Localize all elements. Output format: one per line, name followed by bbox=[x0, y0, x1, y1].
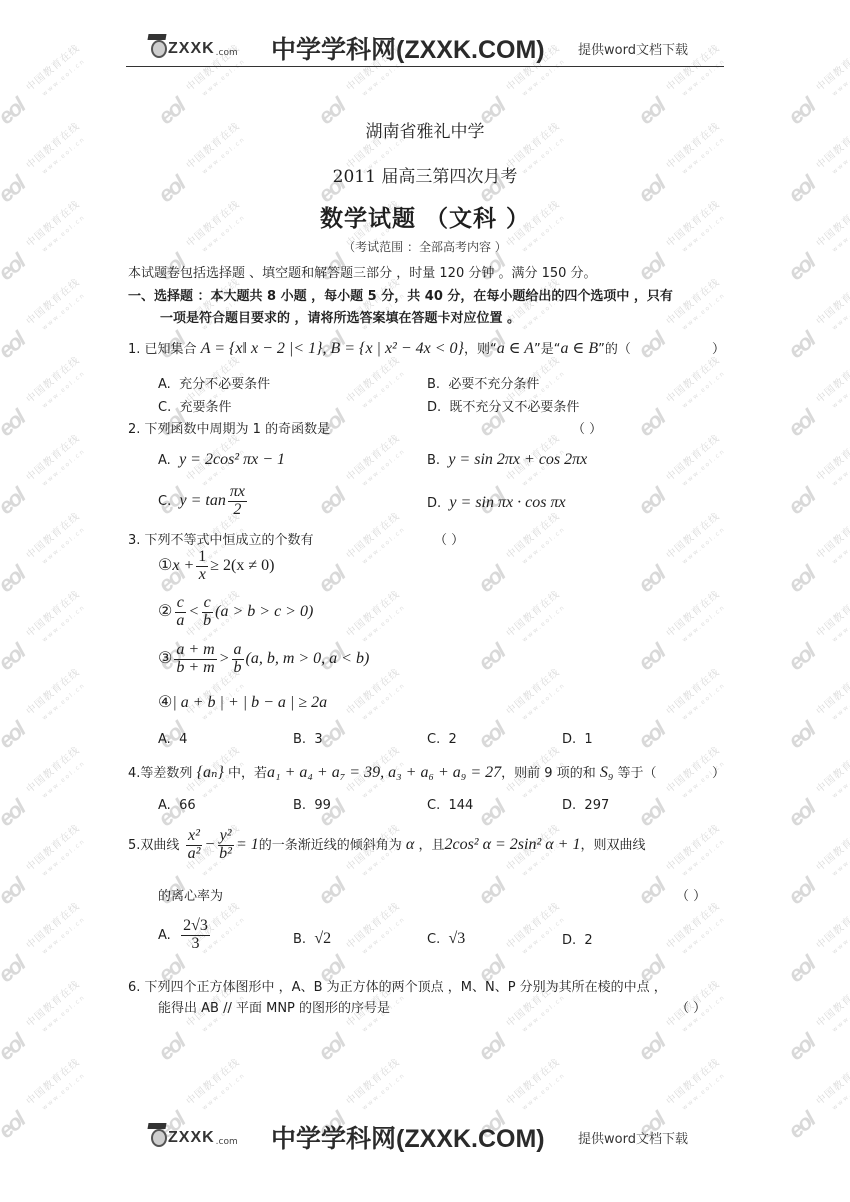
option-text: 必要不充分条件 bbox=[448, 377, 539, 392]
question-stem: 双曲线 bbox=[140, 838, 179, 853]
eol-watermark: eol中国教育在线www.eol.cn bbox=[291, 865, 421, 988]
condition-a: a ∈ A bbox=[497, 340, 534, 357]
stem-text: 等于（ bbox=[618, 766, 657, 781]
question-stem: 下列不等式中恒成立的个数有 bbox=[145, 533, 314, 548]
set-definition: A = {x‖ x − 2 |< 1}, B = {x | x² − 4x < … bbox=[201, 340, 464, 357]
graduation-cap-icon bbox=[146, 34, 168, 58]
option-b: B. 99 bbox=[293, 798, 331, 813]
site-subtitle: 提供word文档下载 bbox=[578, 1128, 688, 1147]
option-text: 充要条件 bbox=[179, 400, 231, 415]
condition: a₁ + a₄ + a₇ = 39, a₃ + a₆ + a₉ = 27 bbox=[267, 764, 501, 781]
eol-watermark: eol中国教育在线www.eol.cn bbox=[611, 553, 741, 676]
option-c: C. 144 bbox=[427, 798, 473, 813]
exam-scope: （考试范围 ：全部高考内容 ） bbox=[0, 238, 850, 255]
question-4: 4.等差数列 {aₙ} 中，若a₁ + a₄ + a₇ = 39, a₃ + a… bbox=[128, 762, 657, 782]
sum-symbol: S₉ bbox=[600, 764, 614, 781]
eol-watermark: eol中国教育在线www.eol.cn bbox=[761, 943, 850, 1066]
eol-watermark: eol中国教育在线www.eol.cn bbox=[131, 85, 261, 208]
question-2: 2. 下列函数中周期为 1 的奇函数是 bbox=[128, 418, 330, 437]
answer-paren: （ ） bbox=[676, 997, 706, 1016]
stem-text: ，且 bbox=[418, 838, 444, 853]
fraction: ca bbox=[174, 595, 186, 630]
site-subtitle: 提供word文档下载 bbox=[578, 39, 688, 58]
expr: | a + b | + | b − a | ≥ 2a bbox=[172, 694, 327, 711]
eol-watermark: eol中国教育在线www.eol.cn bbox=[451, 865, 581, 988]
section1-heading: 一、选择题 ：本大题共 8 小题 ，每小题 5 分，共 40 分，在每小题给出的… bbox=[128, 285, 673, 304]
eol-watermark: eol中国教育在线www.eol.cn bbox=[0, 865, 102, 988]
option-label: B. bbox=[293, 798, 306, 813]
question-6: 6. 下列四个正方体图形中 ，A、B 为正方体的两个顶点 ，M、N、P 分别为其… bbox=[128, 976, 667, 995]
eol-watermark: eol中国教育在线www.eol.cn bbox=[761, 1021, 850, 1144]
header-divider bbox=[126, 66, 724, 67]
option-c: C. y = tanπx2 bbox=[158, 484, 249, 519]
option-text: 297 bbox=[584, 798, 609, 813]
fraction: a + mb + m bbox=[174, 642, 216, 677]
option-formula: y = 2cos² πx − 1 bbox=[179, 451, 285, 468]
option-label: D. bbox=[562, 933, 576, 948]
numerator: y² bbox=[218, 828, 234, 846]
eol-watermark: eol中国教育在线www.eol.cn bbox=[451, 85, 581, 208]
option-d: D. 既不充分又不必要条件 bbox=[427, 396, 579, 415]
site-title: 中学学科网(ZXXK.COM) bbox=[271, 1119, 545, 1155]
denominator: a bbox=[174, 613, 186, 630]
option-a: A. 4 bbox=[158, 732, 187, 747]
stem-text: ”是“ bbox=[534, 342, 560, 357]
fraction: ab bbox=[232, 642, 244, 677]
option-label: A. bbox=[158, 798, 171, 813]
question-number: 1. bbox=[128, 342, 140, 357]
numerator: a + m bbox=[174, 642, 216, 660]
option-b: B. y = sin 2πx + cos 2πx bbox=[427, 451, 587, 469]
eol-watermark: eol中国教育在线www.eol.cn bbox=[611, 85, 741, 208]
option-a: A. 充分不必要条件 bbox=[158, 373, 270, 392]
option-a: A. 2√33 bbox=[158, 918, 212, 953]
answer-paren: （ ） bbox=[434, 529, 464, 548]
question-stem: 下列四个正方体图形中 ，A、B 为正方体的两个顶点 ，M、N、P 分别为其所在棱… bbox=[145, 980, 667, 995]
numerator: πx bbox=[228, 484, 247, 502]
stem-text: ，则前 9 项的和 bbox=[501, 766, 596, 781]
eol-watermark: eol中国教育在线www.eol.cn bbox=[0, 631, 102, 754]
eol-watermark: eol中国教育在线www.eol.cn bbox=[0, 475, 102, 598]
answer-paren-close: ） bbox=[712, 338, 725, 357]
subject-title: 数学试题 （文科 ） bbox=[0, 200, 850, 233]
option-label: C. bbox=[427, 732, 440, 747]
fraction: cb bbox=[201, 595, 213, 630]
exam-intro: 本试题卷包括选择题 、填空题和解答题三部分 ，时量 120 分钟 。满分 150… bbox=[128, 262, 597, 281]
question-number: 4. bbox=[128, 766, 140, 781]
option-label: C. bbox=[158, 400, 171, 415]
footer-banner: ZXXK .com 中学学科网(ZXXK.COM) 提供word文档下载 bbox=[126, 1117, 724, 1157]
inequality-2: ②ca<cb(a > b > c > 0) bbox=[158, 595, 313, 630]
option-label: A. bbox=[158, 453, 171, 468]
expr: x + bbox=[172, 557, 194, 574]
question-stem: 等差数列 bbox=[140, 766, 192, 781]
option-d: D. 1 bbox=[562, 732, 593, 747]
zxxk-logo: ZXXK .com bbox=[146, 34, 238, 58]
item-marker: ③ bbox=[158, 650, 172, 667]
option-formula: y = sin πx · cos πx bbox=[449, 494, 565, 511]
eol-watermark: eol中国教育在线www.eol.cn bbox=[0, 553, 102, 676]
question-3: 3. 下列不等式中恒成立的个数有 bbox=[128, 529, 314, 548]
eol-watermark: eol中国教育在线www.eol.cn bbox=[291, 85, 421, 208]
eol-watermark: eol中国教育在线www.eol.cn bbox=[0, 319, 102, 442]
eol-watermark: eol中国教育在线www.eol.cn bbox=[0, 85, 102, 208]
inequality-1: ①x +1x≥ 2(x ≠ 0) bbox=[158, 549, 274, 584]
eol-watermark: eol中国教育在线www.eol.cn bbox=[761, 553, 850, 676]
option-text: 66 bbox=[179, 798, 196, 813]
option-label: D. bbox=[562, 798, 576, 813]
option-label: C. bbox=[427, 798, 440, 813]
eol-watermark: eol中国教育在线www.eol.cn bbox=[761, 631, 850, 754]
option-d: D. 297 bbox=[562, 798, 609, 813]
question-6-cont: 能得出 AB // 平面 MNP 的图形的序号是 bbox=[158, 997, 390, 1016]
eol-watermark: eol中国教育在线www.eol.cn bbox=[451, 553, 581, 676]
option-text: 2 bbox=[584, 933, 592, 948]
numerator: a bbox=[232, 642, 244, 660]
eol-watermark: eol中国教育在线www.eol.cn bbox=[0, 1021, 102, 1144]
eol-watermark: eol中国教育在线www.eol.cn bbox=[0, 787, 102, 910]
option-formula: √3 bbox=[448, 930, 465, 947]
expr: ≥ 2(x ≠ 0) bbox=[210, 557, 274, 574]
expr: (a, b, m > 0, a < b) bbox=[246, 650, 370, 667]
option-d: D. 2 bbox=[562, 933, 593, 948]
question-stem: 下列函数中周期为 1 的奇函数是 bbox=[145, 422, 331, 437]
eol-watermark: eol中国教育在线www.eol.cn bbox=[761, 7, 850, 130]
option-d: D. y = sin πx · cos πx bbox=[427, 494, 566, 512]
question-stem: 已知集合 bbox=[145, 342, 197, 357]
option-text: 2 bbox=[448, 732, 456, 747]
eol-watermark: eol中国教育在线www.eol.cn bbox=[291, 397, 421, 520]
eol-watermark: eol中国教育在线www.eol.cn bbox=[761, 865, 850, 988]
eol-watermark: eol中国教育在线www.eol.cn bbox=[451, 943, 581, 1066]
answer-paren-close: ） bbox=[712, 762, 725, 781]
option-a: A. y = 2cos² πx − 1 bbox=[158, 451, 285, 469]
stem-text: ”的（ bbox=[598, 342, 631, 357]
option-c: C. √3 bbox=[427, 930, 465, 948]
item-marker: ④ bbox=[158, 694, 172, 711]
option-label: B. bbox=[293, 932, 306, 947]
option-formula: √2 bbox=[314, 930, 331, 947]
eol-watermark: eol中国教育在线www.eol.cn bbox=[0, 241, 102, 364]
inequality-3: ③a + mb + m>ab(a, b, m > 0, a < b) bbox=[158, 642, 369, 677]
option-label: C. bbox=[158, 494, 171, 509]
denominator: b bbox=[232, 660, 244, 677]
option-text: 144 bbox=[448, 798, 473, 813]
graduation-cap-icon bbox=[146, 1123, 168, 1147]
condition-b: a ∈ B bbox=[561, 340, 599, 357]
option-label: B. bbox=[427, 453, 440, 468]
condition: 2cos² α = 2sin² α + 1 bbox=[444, 836, 580, 853]
eol-watermark: eol中国教育在线www.eol.cn bbox=[0, 7, 102, 130]
denominator: 2 bbox=[231, 502, 243, 519]
fraction: 1x bbox=[196, 549, 208, 584]
numerator: x² bbox=[186, 828, 202, 846]
answer-paren: （ ） bbox=[572, 418, 602, 437]
option-label: C. bbox=[427, 932, 440, 947]
eol-watermark: eol中国教育在线www.eol.cn bbox=[451, 7, 581, 130]
option-formula: y = sin 2πx + cos 2πx bbox=[448, 451, 587, 468]
denominator: a² bbox=[186, 846, 203, 863]
option-label: A. bbox=[158, 732, 171, 747]
question-number: 2. bbox=[128, 422, 140, 437]
numerator: 1 bbox=[196, 549, 208, 567]
question-number: 6. bbox=[128, 980, 140, 995]
question-number: 3. bbox=[128, 533, 140, 548]
fraction: 2√33 bbox=[181, 918, 210, 953]
logo-suffix: .com bbox=[216, 48, 238, 58]
eol-watermark: eol中国教育在线www.eol.cn bbox=[761, 85, 850, 208]
denominator: b + m bbox=[174, 660, 216, 677]
stem-text: ，则“ bbox=[464, 342, 497, 357]
eol-watermark: eol中国教育在线www.eol.cn bbox=[611, 397, 741, 520]
eol-watermark: eol中国教育在线www.eol.cn bbox=[611, 865, 741, 988]
question-5-cont: 的离心率为 bbox=[158, 885, 223, 904]
denominator: 3 bbox=[189, 936, 201, 953]
eol-watermark: eol中国教育在线www.eol.cn bbox=[0, 397, 102, 520]
option-label: D. bbox=[427, 496, 441, 511]
eol-watermark: eol中国教育在线www.eol.cn bbox=[761, 709, 850, 832]
option-text: 充分不必要条件 bbox=[179, 377, 270, 392]
option-text: 99 bbox=[314, 798, 331, 813]
option-text: 4 bbox=[179, 732, 187, 747]
option-a: A. 66 bbox=[158, 798, 196, 813]
logo-text: ZXXK bbox=[168, 40, 215, 58]
expr: (a > b > c > 0) bbox=[215, 603, 313, 620]
option-c: C. 2 bbox=[427, 732, 457, 747]
logo-text: ZXXK bbox=[168, 1129, 215, 1147]
eol-watermark: eol中国教育在线www.eol.cn bbox=[761, 787, 850, 910]
answer-paren: （ ） bbox=[676, 885, 706, 904]
header-banner: ZXXK .com 中学学科网(ZXXK.COM) 提供word文档下载 bbox=[126, 28, 724, 68]
logo-suffix: .com bbox=[216, 1137, 238, 1147]
eol-watermark: eol中国教育在线www.eol.cn bbox=[611, 7, 741, 130]
operator: > bbox=[219, 650, 230, 667]
eol-watermark: eol中国教育在线www.eol.cn bbox=[611, 631, 741, 754]
option-b: B. 3 bbox=[293, 732, 323, 747]
option-c: C. 充要条件 bbox=[158, 396, 232, 415]
inequality-4: ④| a + b | + | b − a | ≥ 2a bbox=[158, 692, 327, 712]
alpha-symbol: α bbox=[406, 836, 414, 853]
option-label: D. bbox=[562, 732, 576, 747]
fraction: x²a² bbox=[186, 828, 203, 863]
option-formula: y = tan bbox=[179, 492, 225, 509]
zxxk-logo: ZXXK .com bbox=[146, 1123, 238, 1147]
option-b: B. √2 bbox=[293, 930, 331, 948]
school-name: 湖南省雅礼中学 bbox=[0, 117, 850, 142]
option-label: B. bbox=[427, 377, 440, 392]
eol-watermark: eol中国教育在线www.eol.cn bbox=[611, 475, 741, 598]
eol-watermark: eol中国教育在线www.eol.cn bbox=[0, 709, 102, 832]
eol-watermark: eol中国教育在线www.eol.cn bbox=[761, 319, 850, 442]
item-marker: ① bbox=[158, 557, 172, 574]
option-label: A. bbox=[158, 377, 171, 392]
eol-watermark: eol中国教育在线www.eol.cn bbox=[761, 475, 850, 598]
sequence: {aₙ} bbox=[197, 764, 224, 781]
section1-heading-cont: 一项是符合题目要求的 ，请将所选答案填在答题卡对应位置 。 bbox=[160, 307, 520, 326]
option-label: D. bbox=[427, 400, 441, 415]
eol-watermark: eol中国教育在线www.eol.cn bbox=[291, 7, 421, 130]
stem-text: 中，若 bbox=[228, 766, 267, 781]
question-5: 5.双曲线 x²a²−y²b²= 1的一条渐近线的倾斜角为 α ，且2cos² … bbox=[128, 828, 645, 863]
stem-text: ，则双曲线 bbox=[580, 838, 645, 853]
numerator: c bbox=[202, 595, 213, 613]
fraction: y²b² bbox=[217, 828, 234, 863]
eol-watermark: eol中国教育在线www.eol.cn bbox=[761, 241, 850, 364]
equals: = 1 bbox=[236, 836, 259, 853]
numerator: 2√3 bbox=[181, 918, 210, 936]
option-label: A. bbox=[158, 928, 171, 943]
item-marker: ② bbox=[158, 603, 172, 620]
option-text: 3 bbox=[314, 732, 322, 747]
eol-watermark: eol中国教育在线www.eol.cn bbox=[131, 7, 261, 130]
denominator: x bbox=[197, 567, 208, 584]
option-text: 1 bbox=[584, 732, 592, 747]
option-b: B. 必要不充分条件 bbox=[427, 373, 539, 392]
question-number: 5. bbox=[128, 838, 140, 853]
question-1: 1. 已知集合 A = {x‖ x − 2 |< 1}, B = {x | x²… bbox=[128, 338, 631, 358]
eol-watermark: eol中国教育在线www.eol.cn bbox=[761, 397, 850, 520]
exam-title: 2011 届高三第四次月考 bbox=[0, 162, 850, 187]
site-title: 中学学科网(ZXXK.COM) bbox=[271, 30, 545, 66]
numerator: c bbox=[175, 595, 186, 613]
denominator: b bbox=[201, 613, 213, 630]
stem-text: 的一条渐近线的倾斜角为 bbox=[259, 838, 402, 853]
denominator: b² bbox=[217, 846, 234, 863]
operator: < bbox=[188, 603, 199, 620]
eol-watermark: eol中国教育在线www.eol.cn bbox=[0, 943, 102, 1066]
option-label: B. bbox=[293, 732, 306, 747]
option-text: 既不充分又不必要条件 bbox=[449, 400, 579, 415]
fraction: πx2 bbox=[228, 484, 247, 519]
